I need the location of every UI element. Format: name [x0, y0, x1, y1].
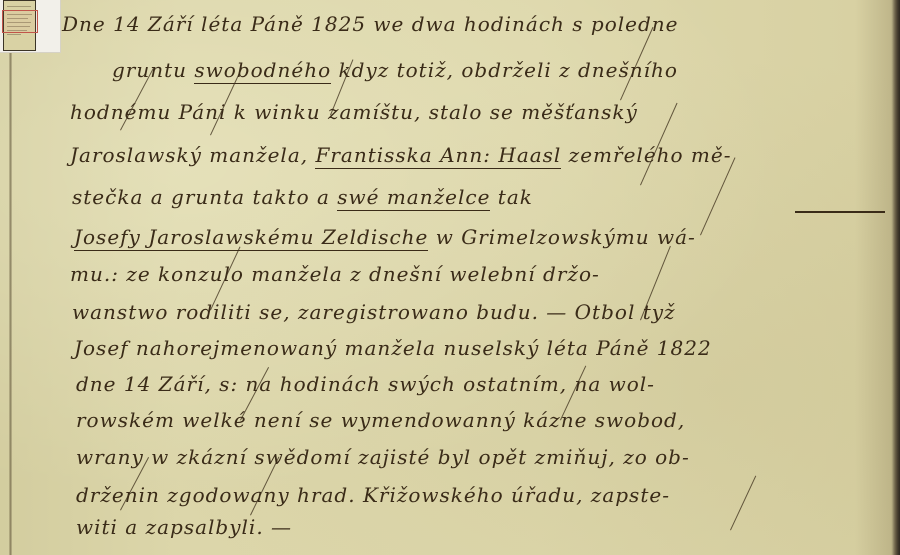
navigator-viewport-rect[interactable] — [2, 10, 38, 33]
underlined-name: Josefy Jaroslawskému Zeldische — [74, 225, 428, 251]
manuscript-line: mu.: ze konzulo manžela z dnešní welební… — [70, 262, 600, 286]
manuscript-line: Jaroslawský manžela, Frantisska Ann: Haa… — [70, 143, 732, 167]
manuscript-line: stečka a grunta takto a swé manželce tak — [72, 185, 533, 209]
line-text: w Grimelzowskýmu wá- — [428, 225, 695, 249]
manuscript-line: witi a zapsalbyli. — — [76, 515, 292, 539]
underlined-name: swobodného — [194, 58, 331, 84]
navigator-panel[interactable] — [0, 0, 61, 53]
line-text: zemřelého mě- — [561, 143, 731, 167]
manuscript-line: gruntu swobodného kdyz totiž, obdrželi z… — [112, 58, 678, 82]
manuscript-line: hodnému Páni k winku zamíštu, stalo se m… — [70, 100, 638, 124]
line-text: gruntu — [112, 58, 194, 82]
line-text: Jaroslawský manžela, — [70, 143, 315, 167]
thumbnail-text-line — [7, 34, 21, 35]
line-text: tak — [490, 185, 532, 209]
manuscript-line: wrany w zkázní swědomí zajisté byl opět … — [76, 445, 690, 469]
page-fold-line — [9, 52, 12, 555]
line-text: stečka a grunta takto a — [72, 185, 337, 209]
manuscript-line: Dne 14 Září léta Páně 1825 we dwa hodiná… — [62, 12, 679, 36]
underlined-name: Frantisska Ann: Haasl — [315, 143, 561, 169]
manuscript-line: rowském welké není se wymendowanný kázne… — [76, 408, 685, 432]
manuscript-line: Josef nahorejmenowaný manžela nuselský l… — [74, 336, 712, 360]
manuscript-line: Josefy Jaroslawskému Zeldische w Grimelz… — [74, 225, 696, 249]
underlined-name: swé manželce — [337, 185, 490, 211]
binding-shadow — [892, 0, 900, 555]
thumbnail-text-line — [7, 6, 31, 7]
manuscript-line: wanstwo rodiliti se, zaregistrowano budu… — [72, 300, 676, 324]
document-viewer[interactable]: Dne 14 Září léta Páně 1825 we dwa hodiná… — [0, 0, 900, 555]
manuscript-line: drženin zgodowany hrad. Křižowského úřad… — [76, 483, 670, 507]
line-text: kdyz totiž, obdrželi z dnešního — [331, 58, 678, 82]
manuscript-text: Dne 14 Září léta Páně 1825 we dwa hodiná… — [62, 0, 892, 555]
manuscript-line: dne 14 Září, s: na hodinách swých ostatn… — [76, 372, 655, 396]
